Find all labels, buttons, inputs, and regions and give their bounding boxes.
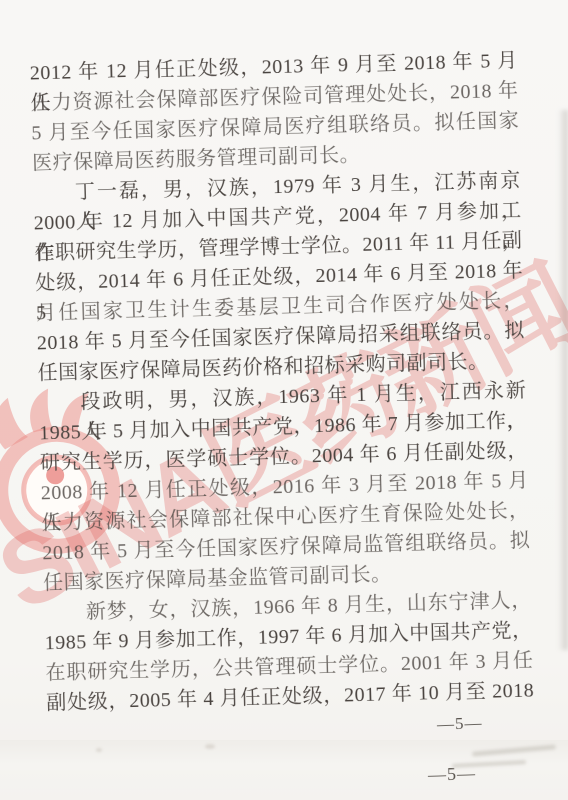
scan-speck — [96, 748, 102, 752]
scanned-document-page: SINA医药新闻 2012 年 12 月任正处级，2013 年 9 月至 201… — [0, 0, 568, 800]
document-text: 2012 年 12 月任正处级，2013 年 9 月至 2018 年 5 月任 … — [29, 46, 534, 719]
page-number: —5— — [436, 713, 482, 735]
pencil-smudge — [472, 744, 556, 756]
pencil-smudge — [452, 760, 526, 768]
scan-speck — [205, 744, 215, 749]
scan-edge-shadow — [558, 110, 568, 650]
next-page-edge: —5— — [0, 740, 568, 800]
